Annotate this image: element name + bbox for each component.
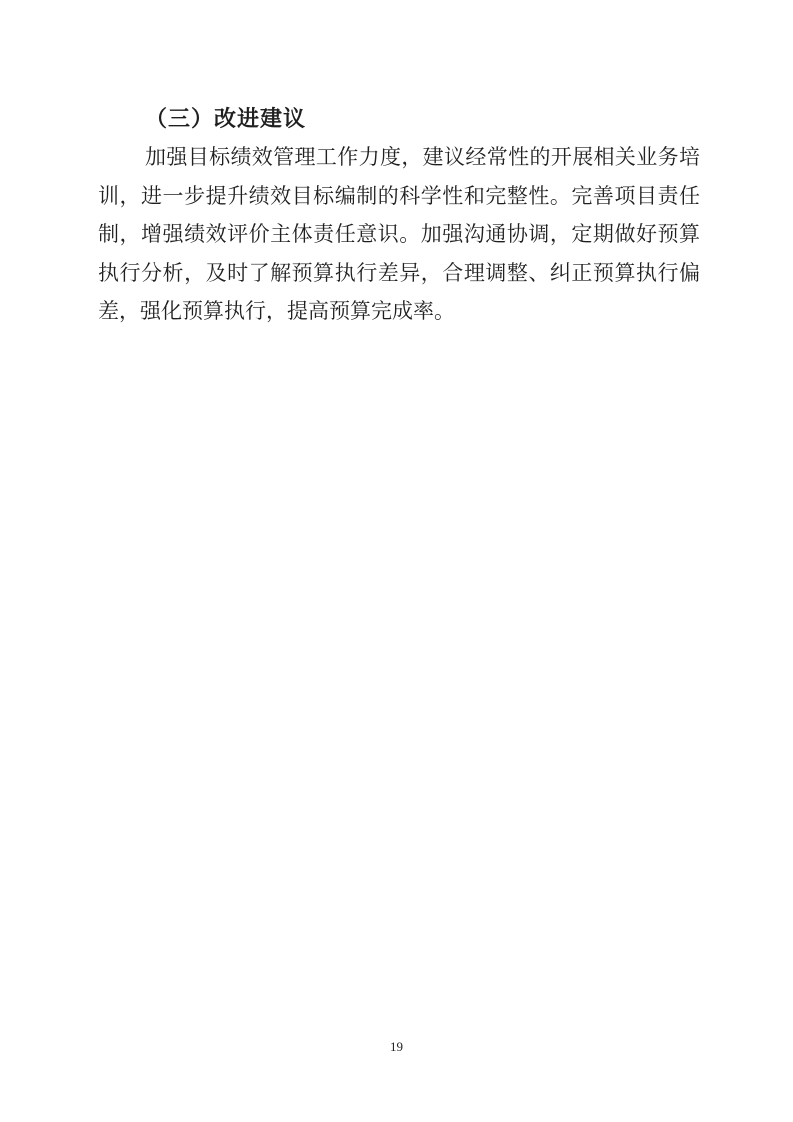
paragraph-line: 制，增强绩效评价主体责任意识。加强沟通协调，定期做好预算 [98,215,700,253]
paragraph-line: 加强目标绩效管理工作力度，建议经常性的开展相关业务培 [98,138,700,176]
document-page: （三）改进建议 加强目标绩效管理工作力度，建议经常性的开展相关业务培 训，进一步… [0,0,793,1122]
paragraph-line: 差，强化预算执行，提高预算完成率。 [98,292,700,330]
section-heading: （三）改进建议 [98,100,700,138]
page-number: 19 [0,1038,793,1056]
page-content: （三）改进建议 加强目标绩效管理工作力度，建议经常性的开展相关业务培 训，进一步… [98,100,700,330]
paragraph-line: 执行分析，及时了解预算执行差异，合理调整、纠正预算执行偏 [98,254,700,292]
paragraph-line: 训，进一步提升绩效目标编制的科学性和完整性。完善项目责任 [98,177,700,215]
